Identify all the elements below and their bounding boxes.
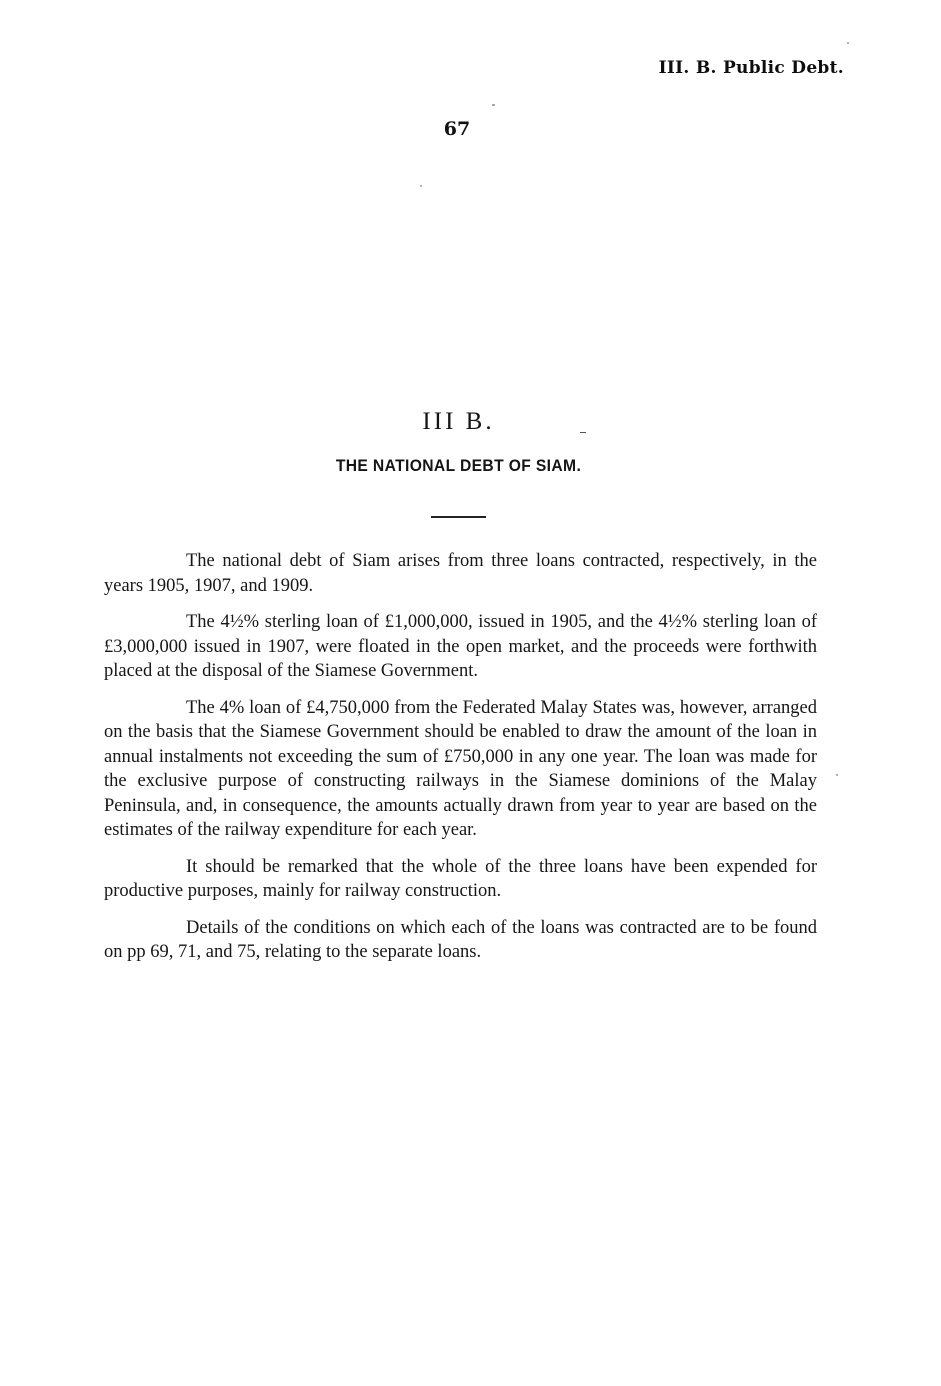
paragraph-intro: The national debt of Siam arises from th… (104, 549, 817, 598)
scan-speck (580, 432, 586, 433)
running-head: III. B. Public Debt. (659, 58, 844, 78)
scan-speck (492, 104, 495, 106)
paragraph-productive-purposes: It should be remarked that the whole of … (104, 855, 817, 904)
scan-speck (847, 42, 849, 44)
paragraph-sterling-loans: The 4½% sterling loan of £1,000,000, iss… (104, 610, 817, 684)
paragraph-details-reference: Details of the conditions on which each … (104, 916, 817, 965)
paragraph-fms-loan: The 4% loan of £4,750,000 from the Feder… (104, 696, 817, 843)
scan-speck (420, 185, 422, 187)
section-number: III B. (0, 408, 917, 436)
section-title: THE NATIONAL DEBT OF SIAM. (37, 456, 881, 476)
page-number: 67 (0, 118, 914, 140)
body-text: The national debt of Siam arises from th… (104, 549, 817, 977)
title-divider (431, 516, 486, 518)
scan-speck (836, 774, 838, 776)
